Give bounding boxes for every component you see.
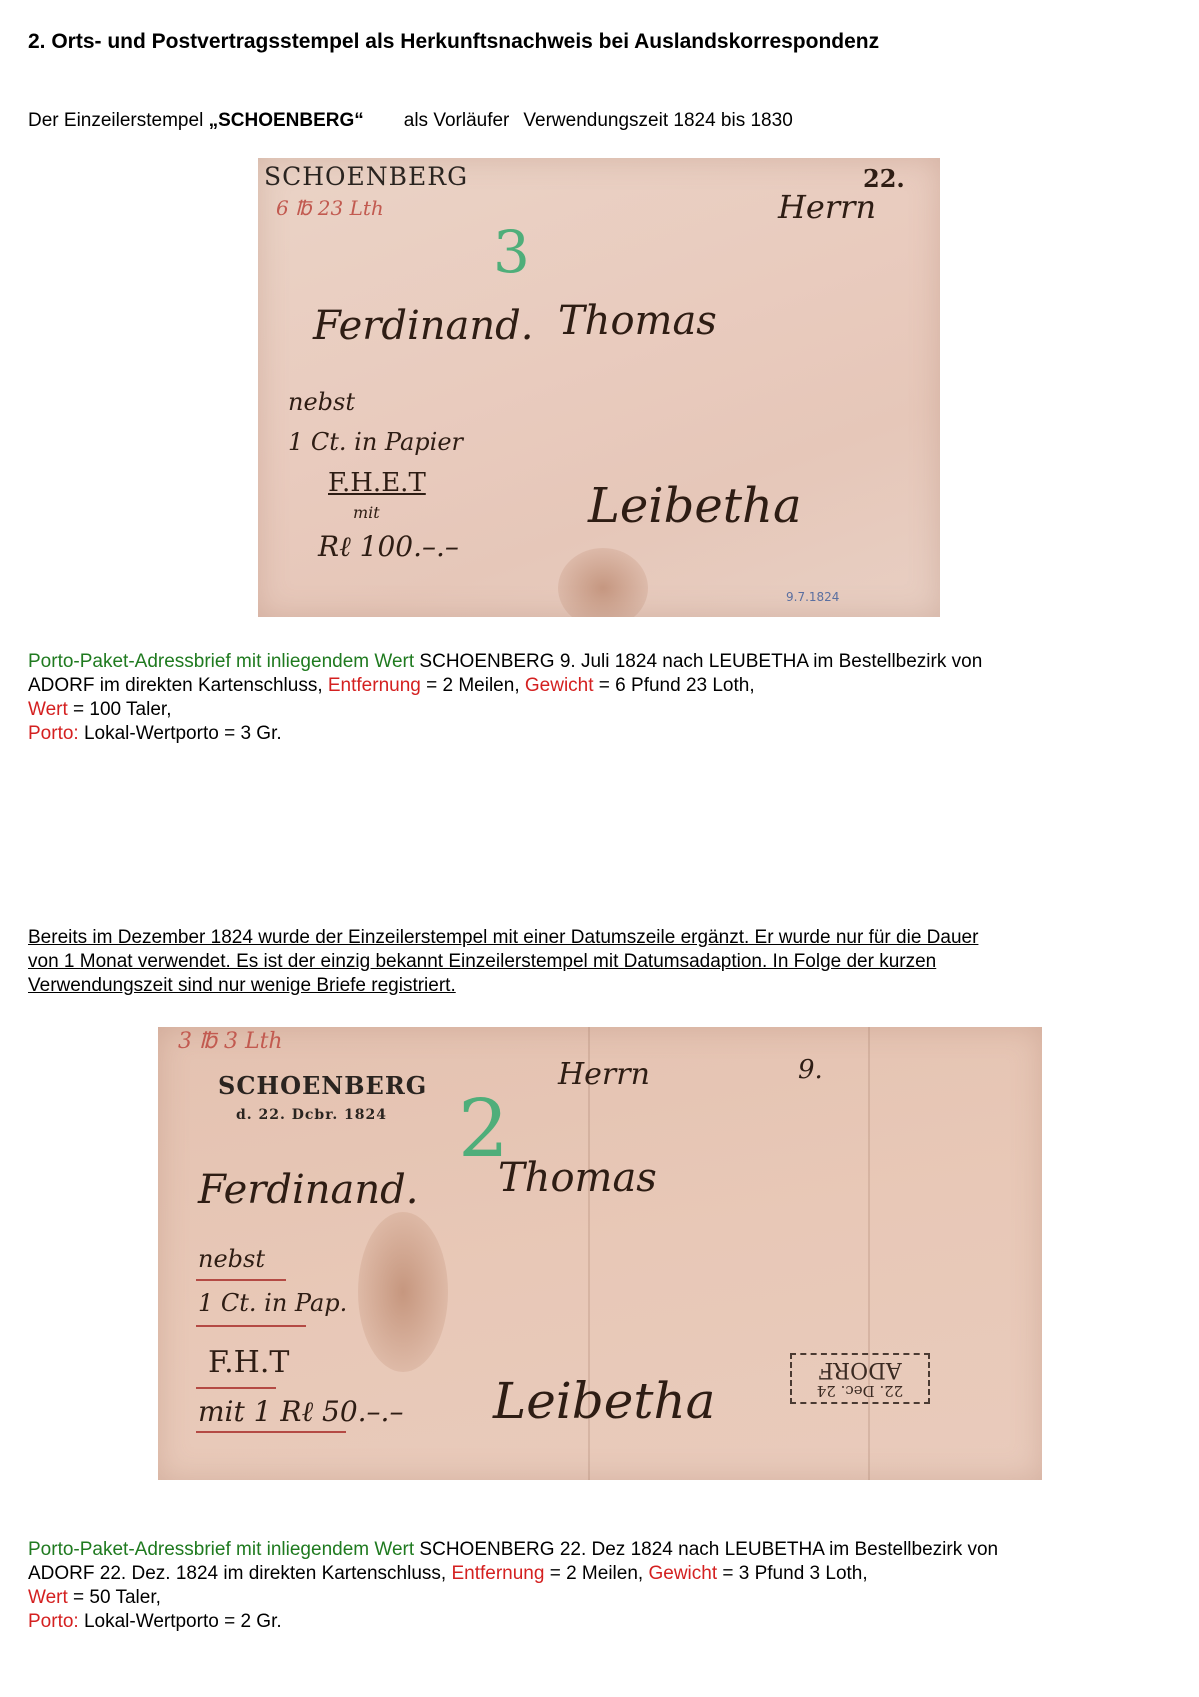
page-heading: 2. Orts- und Postvertragsstempel als Her… (28, 30, 879, 54)
value-note: Rℓ 100.–.– (318, 530, 459, 564)
subheading-forerunner: als Vorläufer (404, 110, 510, 131)
destination: Leibetha (588, 478, 802, 534)
caption-line-3: Wert = 50 Taler, (28, 1586, 1178, 1610)
addressee-last-name: Thomas (558, 298, 717, 344)
caption-line-1: Porto-Paket-Adressbrief mit inliegendem … (28, 650, 1178, 674)
caption-line-1: Porto-Paket-Adressbrief mit inliegendem … (28, 1538, 1178, 1562)
subheading: Der Einzeilerstempel „SCHOENBERG“als Vor… (28, 110, 793, 132)
stain (358, 1212, 448, 1372)
schoenberg-date-line: d. 22. Dcbr. 1824 (236, 1107, 387, 1123)
addressee-title: Herrn (558, 1057, 650, 1092)
subheading-usage-period: Verwendungszeit 1824 bis 1830 (523, 110, 792, 131)
caption-line-4: Porto: Lokal-Wertporto = 2 Gr. (28, 1610, 1178, 1634)
info-paragraph: Bereits im Dezember 1824 wurde der Einze… (28, 926, 1178, 998)
note-paper: 1 Ct. in Pap. (198, 1289, 347, 1317)
addressee-title: Herrn (778, 188, 876, 226)
addressee-last-name: Thomas (498, 1155, 657, 1201)
weight-label: Gewicht (525, 675, 594, 696)
caption-line-4: Porto: Lokal-Wertporto = 3 Gr. (28, 722, 1178, 746)
pencil-date: 9.7.1824 (786, 590, 839, 604)
caption-cover-2: Porto-Paket-Adressbrief mit inliegendem … (28, 1538, 1178, 1634)
caption-line-2: ADORF 22. Dez. 1824 im direkten Kartensc… (28, 1562, 1178, 1586)
addressee-first-name: Ferdinand. (313, 303, 533, 349)
value-label: Wert (28, 699, 68, 720)
postage-mark: 3 (493, 218, 530, 286)
adorf-arrival-stamp: 22. Dec. 24 ADORF (790, 1353, 930, 1404)
postage-label: Porto: (28, 723, 79, 744)
subheading-prefix: Der Einzeilerstempel (28, 110, 209, 131)
note-mit: mit (353, 503, 380, 522)
value-label: Wert (28, 1587, 68, 1608)
postage-label: Porto: (28, 1611, 79, 1632)
schoenberg-stamp: SCHOENBERG (264, 162, 468, 191)
note-paper: 1 Ct. in Papier (288, 428, 463, 456)
stamp-name: „SCHOENBERG“ (209, 110, 364, 131)
weight-label: Gewicht (648, 1563, 717, 1584)
note-nebst: nebst (288, 388, 355, 416)
value-note: mit 1 Rℓ 50.–.– (198, 1395, 403, 1429)
note-initials: F.H.T (208, 1345, 289, 1380)
weight-note: 6 ℔ 23 Lth (276, 196, 384, 220)
note-nebst: nebst (198, 1245, 265, 1273)
note-initials: F.H.E.T (328, 468, 426, 498)
caption-line-3: Wert = 100 Taler, (28, 698, 1178, 722)
cover-image-schoenberg-1824-07: SCHOENBERG 6 ℔ 23 Lth 3 22. Herrn Ferdin… (258, 158, 940, 617)
caption-line-2: ADORF im direkten Kartenschluss, Entfern… (28, 674, 1178, 698)
caption-cover-1: Porto-Paket-Adressbrief mit inliegendem … (28, 650, 1178, 746)
caption-type: Porto-Paket-Adressbrief mit inliegendem … (28, 1539, 414, 1560)
distance-label: Entfernung (451, 1563, 544, 1584)
destination: Leibetha (493, 1372, 716, 1430)
cover-number: 9. (798, 1055, 823, 1085)
distance-label: Entfernung (328, 675, 421, 696)
caption-type: Porto-Paket-Adressbrief mit inliegendem … (28, 651, 414, 672)
schoenberg-stamp: SCHOENBERG (218, 1071, 427, 1100)
cover-image-schoenberg-1824-12: 3 ℔ 3 Lth SCHOENBERG d. 22. Dcbr. 1824 2… (158, 1027, 1042, 1480)
stain (558, 548, 648, 617)
weight-note: 3 ℔ 3 Lth (178, 1029, 283, 1054)
addressee-first-name: Ferdinand. (198, 1167, 418, 1213)
